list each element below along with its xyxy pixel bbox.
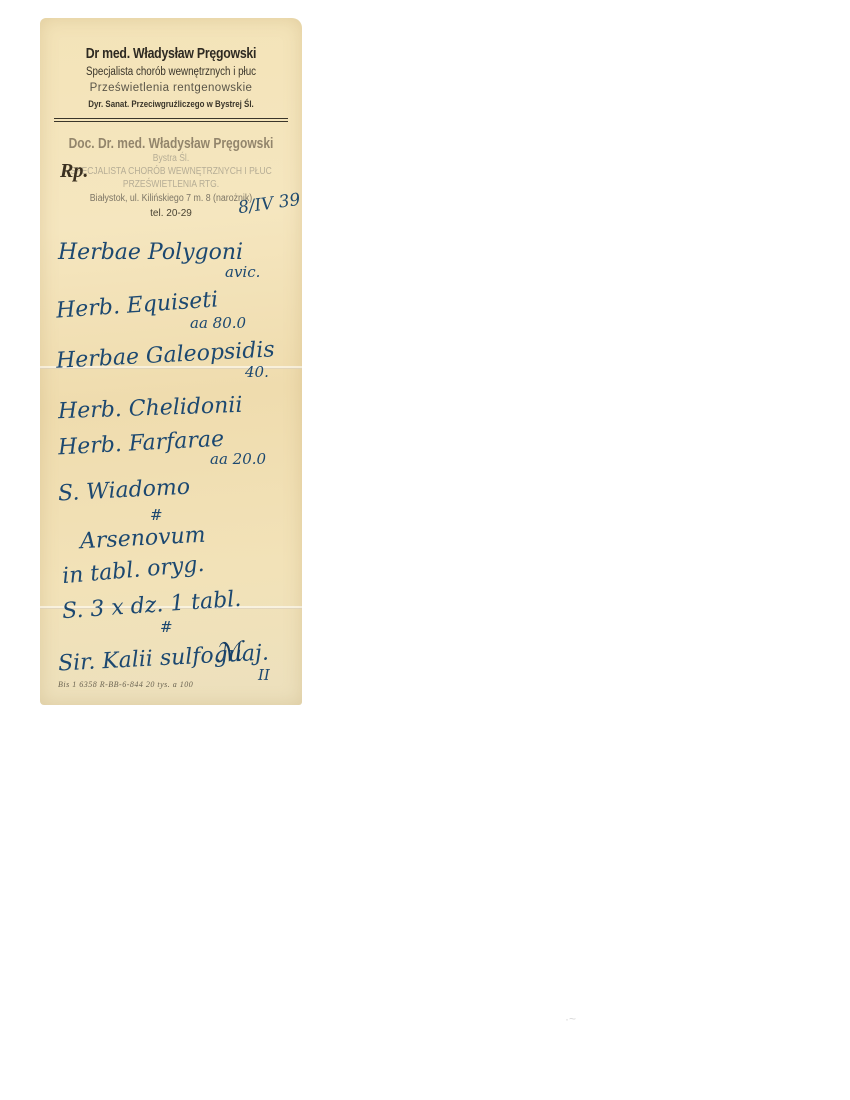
handwritten-line: in tabl. oryg. bbox=[61, 552, 205, 589]
doctor-name: Dr med. Władysław Pręgowski bbox=[64, 45, 279, 62]
handwritten-line: S. Wiadomo bbox=[57, 475, 190, 507]
handwritten-line: Herb. Farfarae bbox=[57, 427, 224, 461]
handwritten-line: # bbox=[160, 618, 173, 636]
handwritten-line: Arsenovum bbox=[79, 523, 206, 555]
header-rule bbox=[54, 121, 288, 122]
rp-label: Rp. bbox=[60, 160, 88, 183]
prescription-slip: Dr med. Władysław Pręgowski Specjalista … bbox=[40, 18, 302, 705]
handwritten-line: # bbox=[150, 506, 163, 524]
doctor-position: Dyr. Sanat. Przeciwgruźliczego w Bystrej… bbox=[56, 99, 287, 109]
header-rule bbox=[54, 118, 288, 119]
handwritten-line: 40. bbox=[245, 363, 269, 381]
stamp-faint-line: SPECJALISTA CHORÓB WEWNĘTRZNYCH I PŁUC bbox=[60, 166, 283, 177]
handwritten-line: S. 3 x dz. 1 tabl. bbox=[61, 587, 242, 624]
handwritten-line: Herb. Chelidonii bbox=[58, 393, 243, 424]
handwritten-line: Herbae Polygoni bbox=[58, 240, 243, 265]
stamp-faint-line: PRZEŚWIETLENIA RTG. bbox=[60, 179, 283, 190]
scan-artifact: ·~ bbox=[565, 1012, 576, 1026]
doctor-specialty: Specjalista chorób wewnętrznych i płuc bbox=[60, 66, 283, 78]
stamp-faint-line: Bystra Śl. bbox=[60, 153, 283, 164]
handwritten-line: aa 20.0 bbox=[210, 450, 266, 468]
handwritten-line: aa 80.0 bbox=[190, 314, 246, 332]
overprint-stamp-name: Doc. Dr. med. Władysław Pręgowski bbox=[66, 135, 276, 152]
doctor-service: Prześwietlenia rentgenowskie bbox=[40, 82, 302, 94]
signature: ℳ bbox=[214, 637, 245, 670]
handwritten-line: II bbox=[258, 666, 270, 684]
printer-footer: Bis 1 6358 R-BB-6-844 20 tys. a 100 bbox=[58, 680, 193, 689]
handwritten-line: avic. bbox=[225, 263, 260, 281]
